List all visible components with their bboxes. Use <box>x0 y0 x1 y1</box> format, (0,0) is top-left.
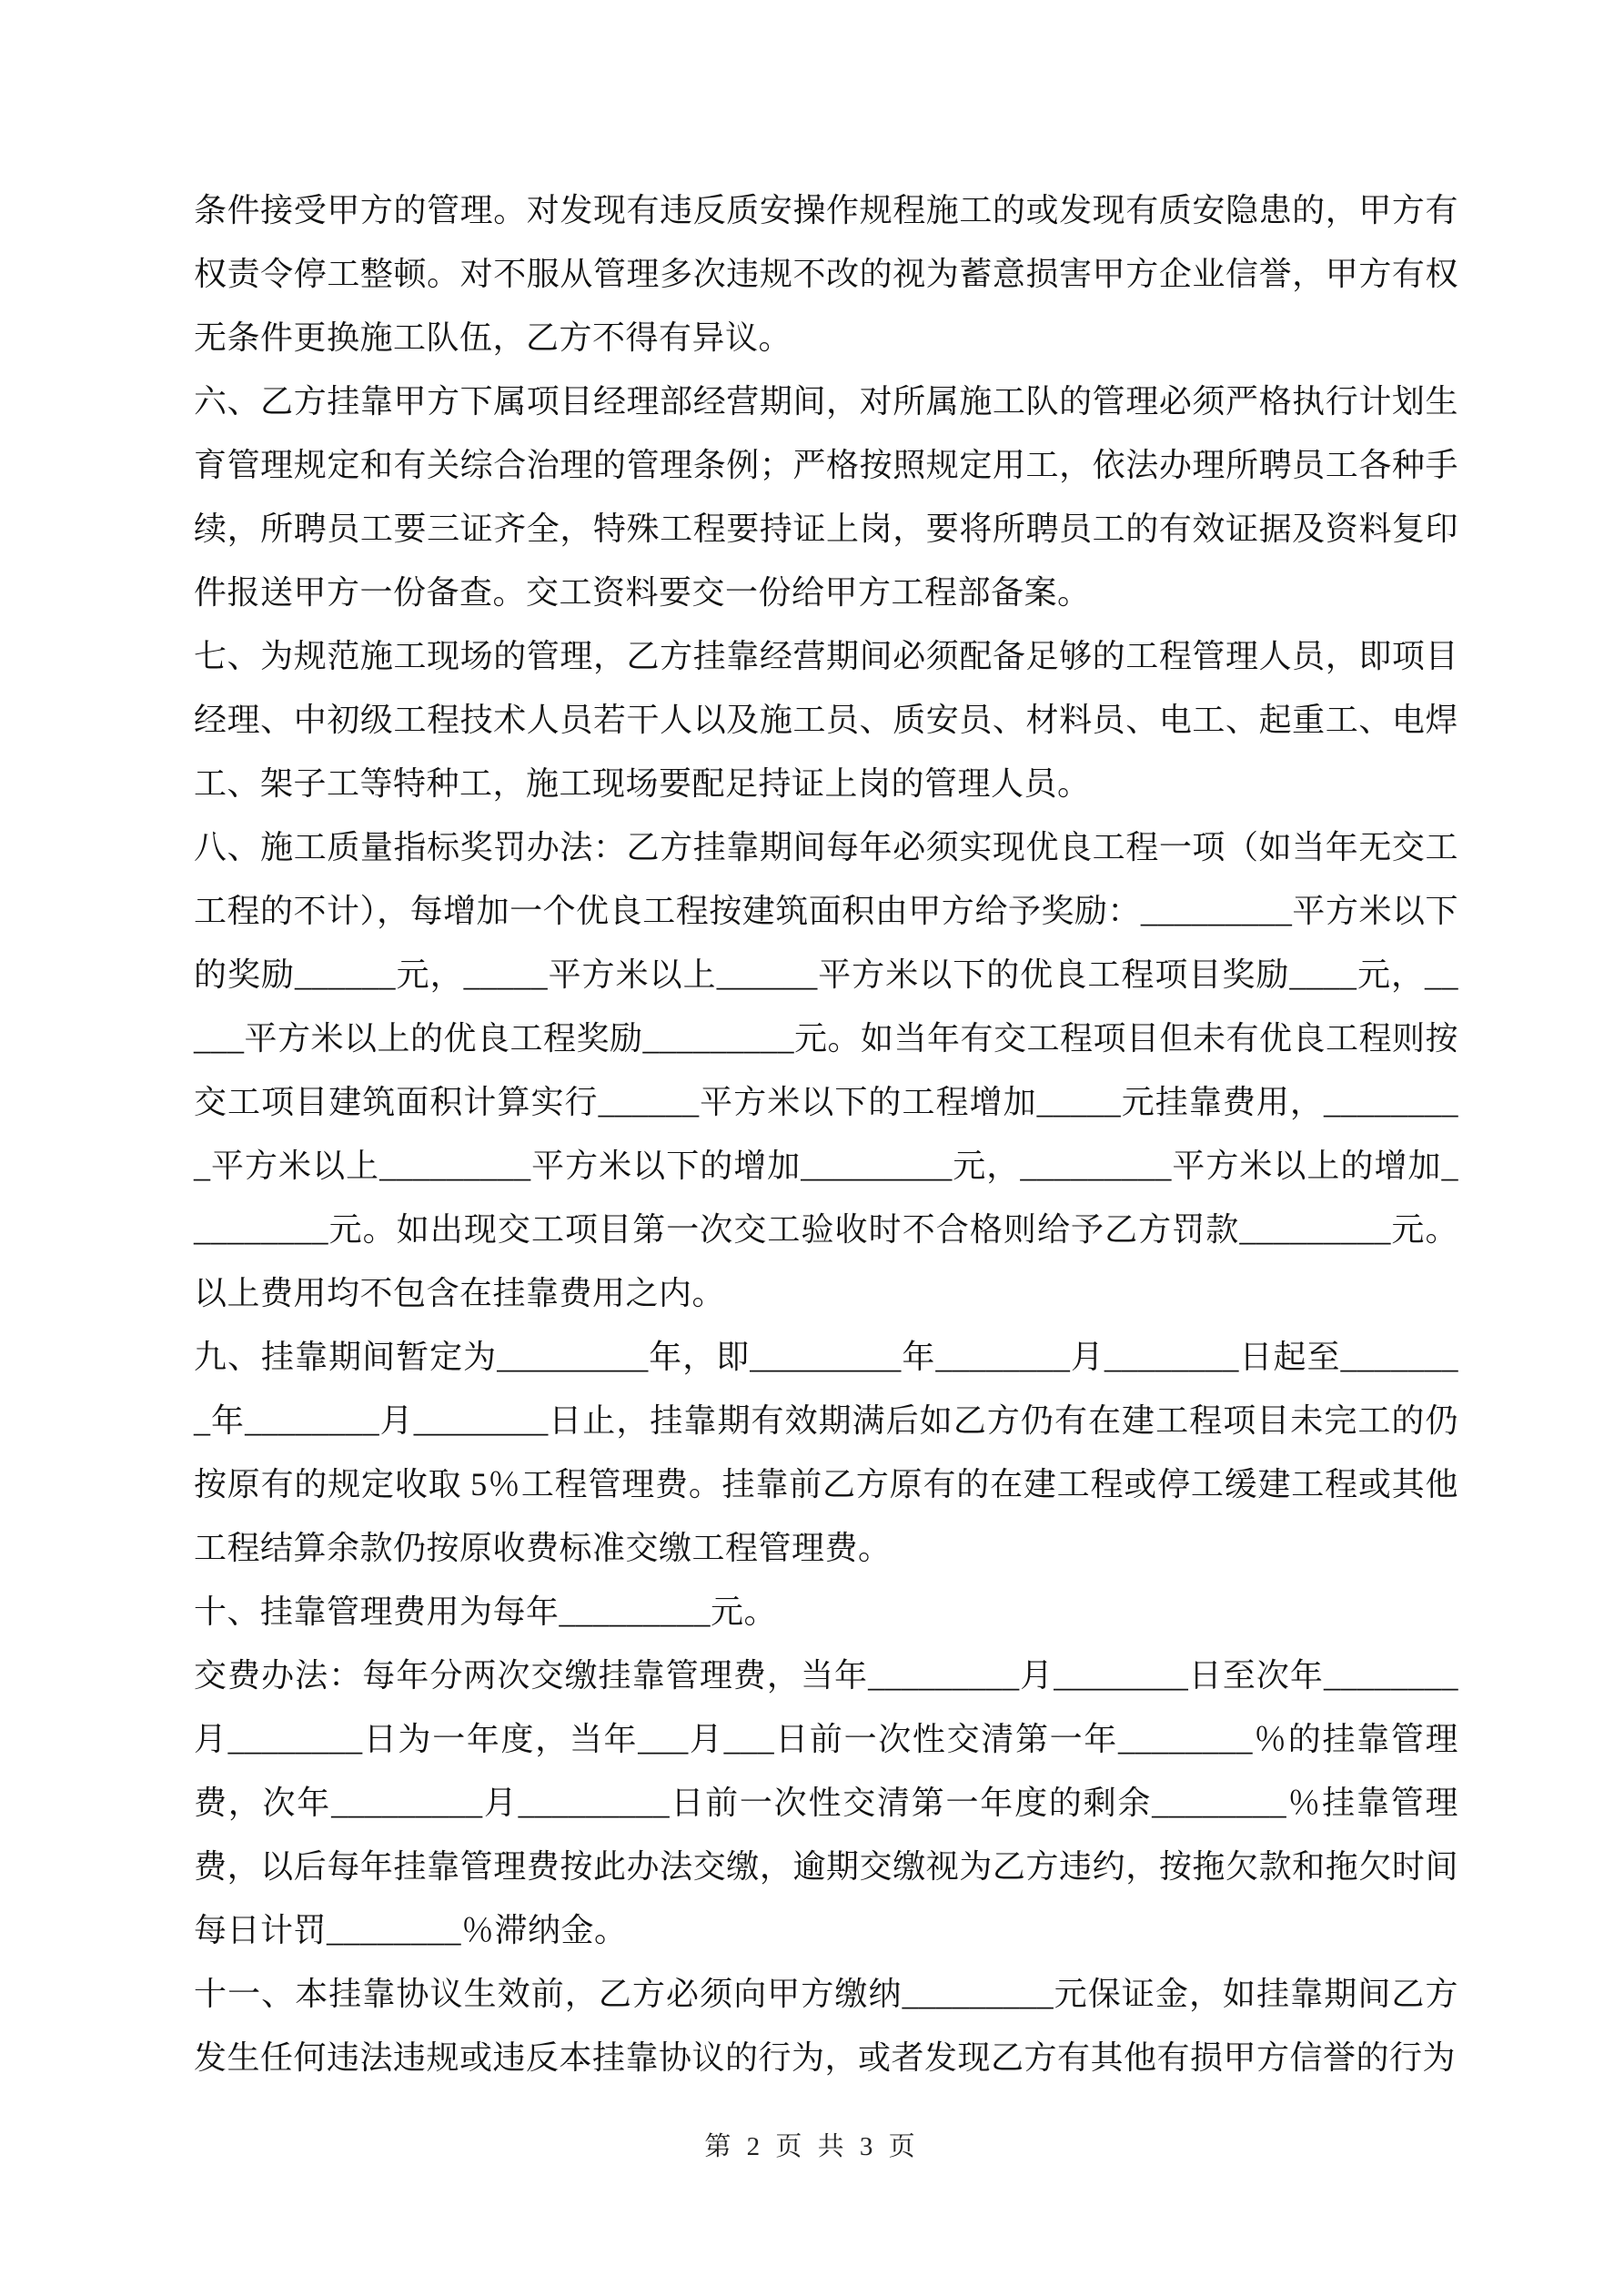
clause-10: 十、挂靠管理费用为每年_________元。 <box>194 1580 1458 1644</box>
clause-6: 六、乙方挂靠甲方下属项目经理部经营期间，对所属施工队的管理必须严格执行计划生育管… <box>194 369 1458 624</box>
clause-7: 七、为规范施工现场的管理，乙方挂靠经营期间必须配备足够的工程管理人员，即项目经理… <box>194 624 1458 815</box>
page-number-footer: 第 2 页 共 3 页 <box>0 2126 1624 2163</box>
document-body: 条件接受甲方的管理。对发现有违反质安操作规程施工的或发现有质安隐患的，甲方有权责… <box>194 178 1458 2089</box>
clause-8: 八、施工质量指标奖罚办法：乙方挂靠期间每年必须实现优良工程一项（如当年无交工工程… <box>194 815 1458 1325</box>
clause-9: 九、挂靠期间暂定为_________年，即_________年________月… <box>194 1325 1458 1580</box>
clause-11: 十一、本挂靠协议生效前，乙方必须向甲方缴纳_________元保证金，如挂靠期间… <box>194 1962 1458 2089</box>
document-page: 条件接受甲方的管理。对发现有违反质安操作规程施工的或发现有质安隐患的，甲方有权责… <box>0 0 1624 2296</box>
clause-5-continuation: 条件接受甲方的管理。对发现有违反质安操作规程施工的或发现有质安隐患的，甲方有权责… <box>194 178 1458 369</box>
payment-method-paragraph: 交费办法：每年分两次交缴挂靠管理费，当年_________月________日至… <box>194 1644 1458 1962</box>
